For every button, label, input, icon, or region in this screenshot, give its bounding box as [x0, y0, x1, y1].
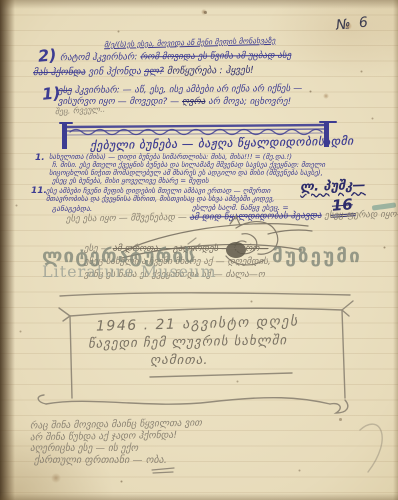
binding-edge — [0, 0, 15, 500]
bottom-note-line: აღერიცხა ესე — ის ექო — [30, 443, 138, 454]
page-number: № 6 — [335, 14, 370, 33]
item2-line2-plain2: მოწყურება : ჰყვეს! — [164, 65, 254, 77]
item2-line2-struck2: ელ? — [144, 66, 164, 77]
item1-line2-plain2: არ მოვა; იცხოვრე! — [205, 97, 291, 107]
bottom-note-line: ქართული ფრთიანი — ობა. — [34, 455, 167, 466]
framed-note-line: ღამითა. — [150, 353, 209, 368]
page-edge-right — [393, 0, 398, 500]
item2-line2-plain1: ვინ ჰქონდა — [85, 66, 144, 78]
item2-line2: მას ჰქონდა ვინ ჰქონდა ელ? მოწყურება : ჰყ… — [33, 65, 254, 78]
margin-note: შეც. რვეულ.. — [55, 105, 106, 117]
item2-line2-struck1: მას ჰქონდა — [33, 67, 86, 79]
section1-line: სახელითა (მისა) — დიდი ბუნება სიმართლისა… — [49, 153, 292, 161]
section2-line-left: განაგებდა. — [52, 204, 92, 213]
item1-line1-struck: ესე — [58, 86, 72, 96]
watermark-latin: Literature Museum — [42, 262, 217, 281]
framed-note-line: წავედი ჩემ ლუვრის სახლში — [88, 333, 287, 351]
item2-line1-struck: რომ მოვიდა ეს წვიმა ამ უცბად ასე — [140, 51, 291, 63]
item2-line1: რატომ ჰკვირხარ: რომ მოვიდა ეს წვიმა ამ უ… — [60, 51, 291, 63]
watermark-georgian-right: მუზეუმი — [272, 245, 362, 267]
section2-marker: 11. — [31, 186, 47, 196]
item1-line2-struck: ღვრა — [182, 97, 205, 107]
bottom-note-line: არ შინა წუხდა აქ ჯადო ჰქონდა! — [30, 430, 177, 444]
page-edge-top — [0, 0, 398, 9]
section1-line: სიცოცხლის ნიჭით მომადლებულ ამ მხარეს ეს … — [49, 169, 323, 177]
section2-line: ესე ამბები ჩვენი მეფის დიდების მთელი ამბ… — [46, 187, 270, 195]
item1-line1: ესე ჰკვირხარ: — აწ, ესე, ისე ამბები არ ი… — [58, 84, 302, 96]
section2-callout: ლ. პუშკ— — [300, 178, 366, 195]
manuscript-page: № 6 2) მ/ე/(ს)ეს ესეა, მოვიდა აწ შენი მე… — [0, 0, 398, 500]
section2-line: მთავრობისა და ქვეყნისა მხრით, მისთვისაც … — [46, 195, 274, 203]
section1-line: ჩ. მისი. ესე მთელი ქვეყნის ბუნება და სილ… — [52, 161, 325, 169]
item1-line1-plain: ჰკვირხარ: — აწ, ესე, ისე ამბები არ იქნა … — [72, 84, 302, 96]
item2-line1-plain: რატომ ჰკვირხარ: — [60, 52, 140, 63]
page-edge-bottom — [0, 493, 398, 500]
mixed-line-c: ესეც ფერად იყო—ო. — [322, 210, 398, 221]
item2-marker: 2) — [37, 45, 57, 66]
framed-note-line: 1946 . 21 აგვისტო დღეს — [96, 313, 299, 334]
item2-insertion: მ/ე/(ს)ეს ესეა, მოვიდა აწ შენი მეფის მონ… — [104, 36, 276, 49]
section1-line: ესეც ეს ბუნება, მისი ყოველივე მხარე = მე… — [52, 177, 209, 185]
section1-marker: 1. — [35, 153, 45, 163]
